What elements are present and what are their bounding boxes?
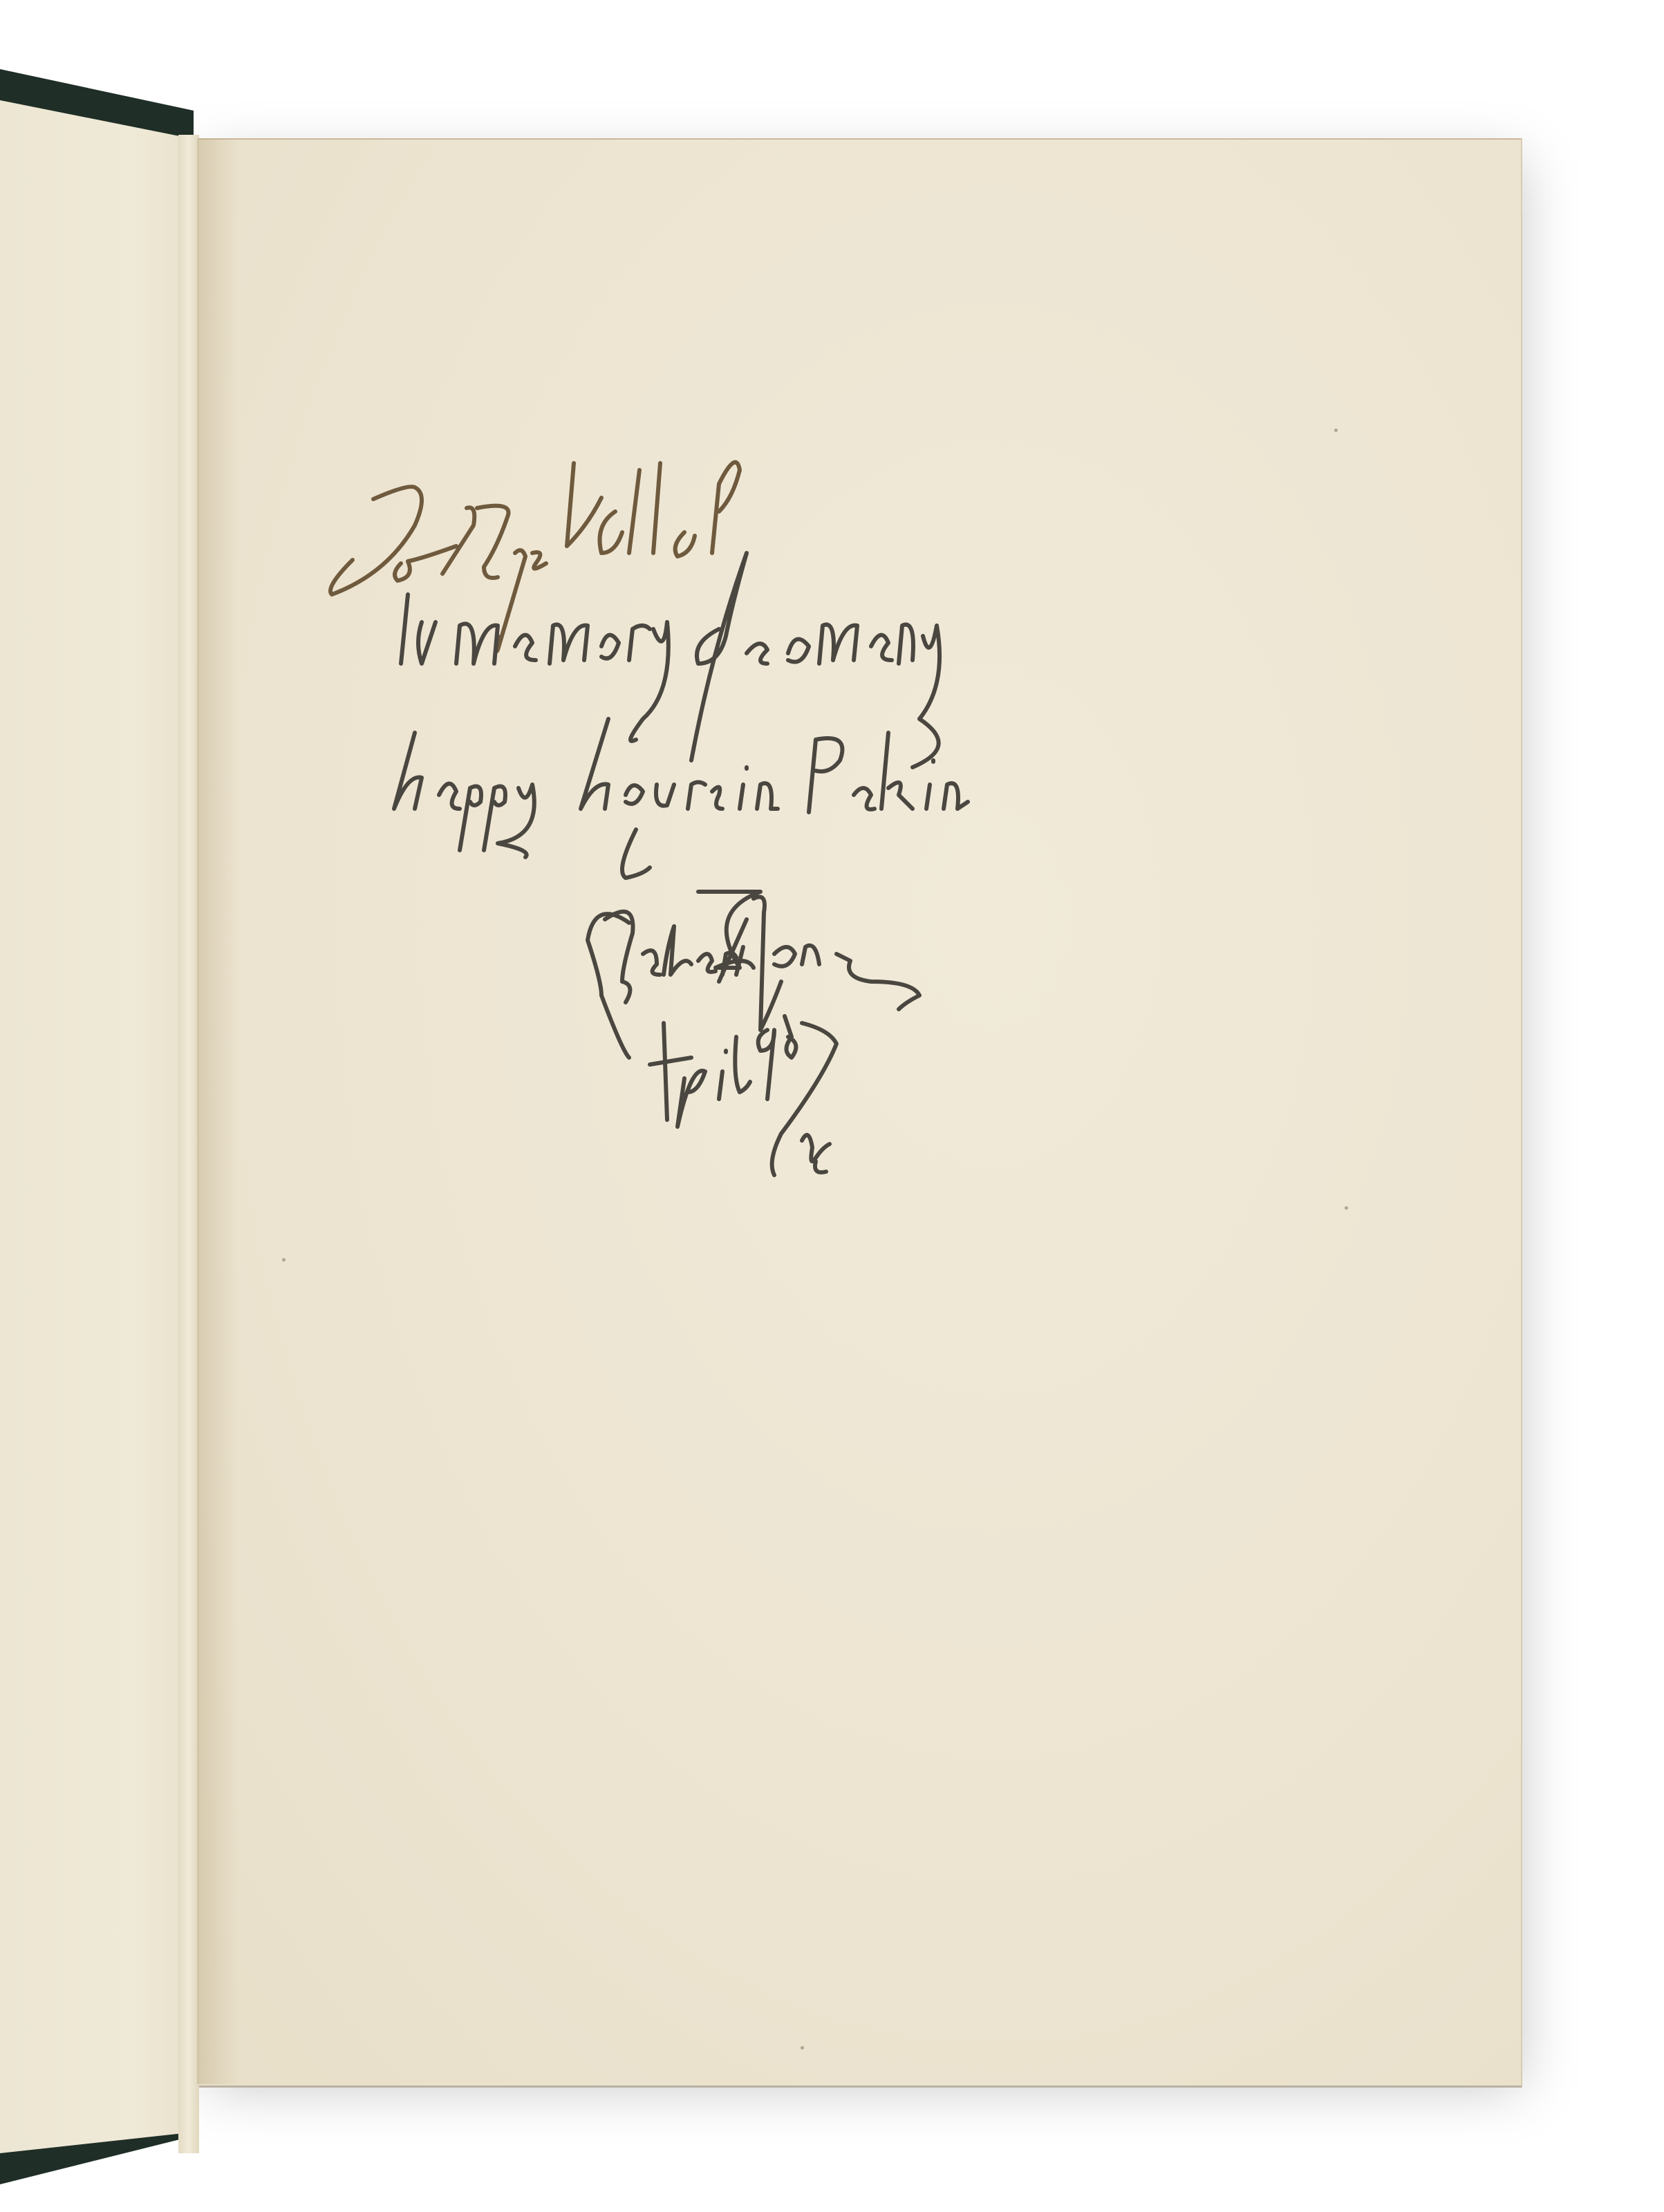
paper-speck — [801, 2046, 804, 2050]
inscription-date-day: April 9th — [325, 857, 1431, 961]
paper-speck — [1345, 1206, 1348, 1210]
gutter-shadow — [197, 138, 239, 2084]
book-hinge — [178, 135, 199, 2153]
inscription-message-1: in memory of so many — [325, 546, 1431, 650]
right-endpaper-page — [197, 138, 1522, 2088]
inscription-message-2: happy hours in Pekin — [325, 650, 1431, 753]
paper-speck — [282, 1258, 286, 1262]
inscription-date-year: '36 — [325, 961, 1431, 1065]
left-pastedown — [0, 100, 190, 2153]
book-photograph: To Miss Vallet in memory of so many happ… — [0, 0, 1664, 2212]
inscription-recipient: To Miss Vallet — [325, 442, 1431, 546]
inscription-signature: Robert Byron — [325, 753, 1431, 857]
paper-speck — [1334, 429, 1338, 432]
inscription-transcription: To Miss Vallet in memory of so many happ… — [325, 442, 1431, 1065]
